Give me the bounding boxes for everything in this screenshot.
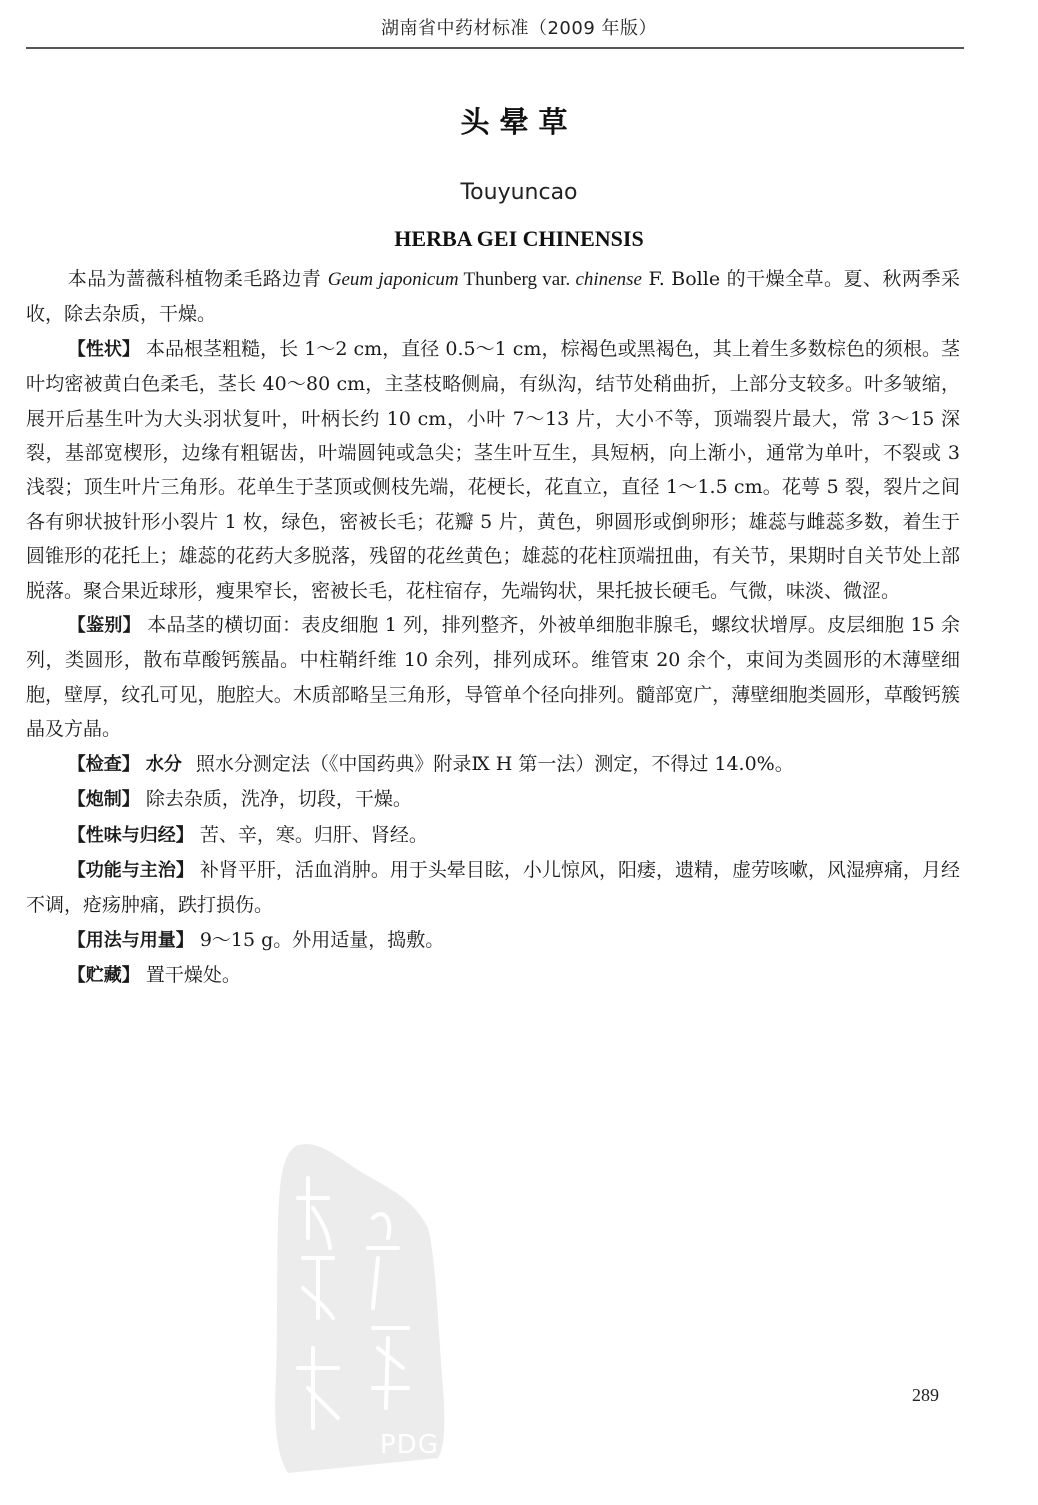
seal-watermark-icon [268,1128,448,1473]
monograph-title-chinese: 头晕草 [0,100,1038,141]
section-text-description: 本品根茎粗糙，长 1～2 cm，直径 0.5～1 cm，棕褐色或黑褐色，其上着生… [26,338,960,602]
intro-paragraph: 本品为蔷薇科植物柔毛路边青 Geum japonicum Thunberg va… [26,262,960,332]
section-label-inspection: 【检查】 [68,754,140,775]
section-label-storage: 【贮藏】 [68,965,140,986]
monograph-body: 本品为蔷薇科植物柔毛路边青 Geum japonicum Thunberg va… [26,262,960,994]
section-identification: 【鉴别】 本品茎的横切面：表皮细胞 1 列，排列整齐，外被单细胞非腺毛，螺纹状增… [26,608,960,747]
species-name: Geum japonicum [328,269,459,290]
section-text-identification: 本品茎的横切面：表皮细胞 1 列，排列整齐，外被单细胞非腺毛，螺纹状增厚。皮层细… [26,614,960,740]
section-text-usage-dosage: 9～15 g。外用适量，捣敷。 [200,929,444,951]
section-usage-dosage: 【用法与用量】 9～15 g。外用适量，捣敷。 [26,923,960,958]
monograph-title-latin: HERBA GEI CHINENSIS [0,226,1038,252]
author-var: Thunberg var. [459,269,576,290]
watermark-label: PDG [380,1430,439,1460]
section-label-description: 【性状】 [68,339,140,360]
section-text-storage: 置干燥处。 [146,964,241,986]
section-label-functions-indications: 【功能与主治】 [68,860,194,881]
section-label-nature-meridian: 【性味与归经】 [68,825,194,846]
variety-name: chinense [575,269,641,290]
section-inspection: 【检查】 水分照水分测定法（《中国药典》附录Ⅸ H 第一法）测定，不得过 14.… [26,747,960,782]
monograph-title-pinyin: Touyuncao [0,180,1038,205]
section-processing: 【炮制】 除去杂质，洗净，切段，干燥。 [26,782,960,817]
section-nature-meridian: 【性味与归经】 苦、辛，寒。归肝、肾经。 [26,818,960,853]
section-label-usage-dosage: 【用法与用量】 [68,930,194,951]
section-storage: 【贮藏】 置干燥处。 [26,958,960,993]
section-text-inspection: 照水分测定法（《中国药典》附录Ⅸ H 第一法）测定，不得过 14.0%。 [196,753,794,775]
section-label-processing: 【炮制】 [68,789,140,810]
section-functions-indications: 【功能与主治】 补肾平肝，活血消肿。用于头晕目眩，小儿惊风，阳痿，遗精，虚劳咳嗽… [26,853,960,923]
section-label-identification: 【鉴别】 [68,615,141,636]
page-number: 289 [912,1385,939,1406]
inspection-sublabel-moisture: 水分 [146,754,182,775]
section-text-processing: 除去杂质，洗净，切段，干燥。 [146,788,412,810]
section-text-nature-meridian: 苦、辛，寒。归肝、肾经。 [200,824,428,846]
intro-text: 本品为蔷薇科植物柔毛路边青 [68,268,328,290]
header-rule [26,47,964,49]
section-description: 【性状】 本品根茎粗糙，长 1～2 cm，直径 0.5～1 cm，棕褐色或黑褐色… [26,332,960,608]
running-header: 湖南省中药材标准（2009 年版） [0,14,1038,40]
